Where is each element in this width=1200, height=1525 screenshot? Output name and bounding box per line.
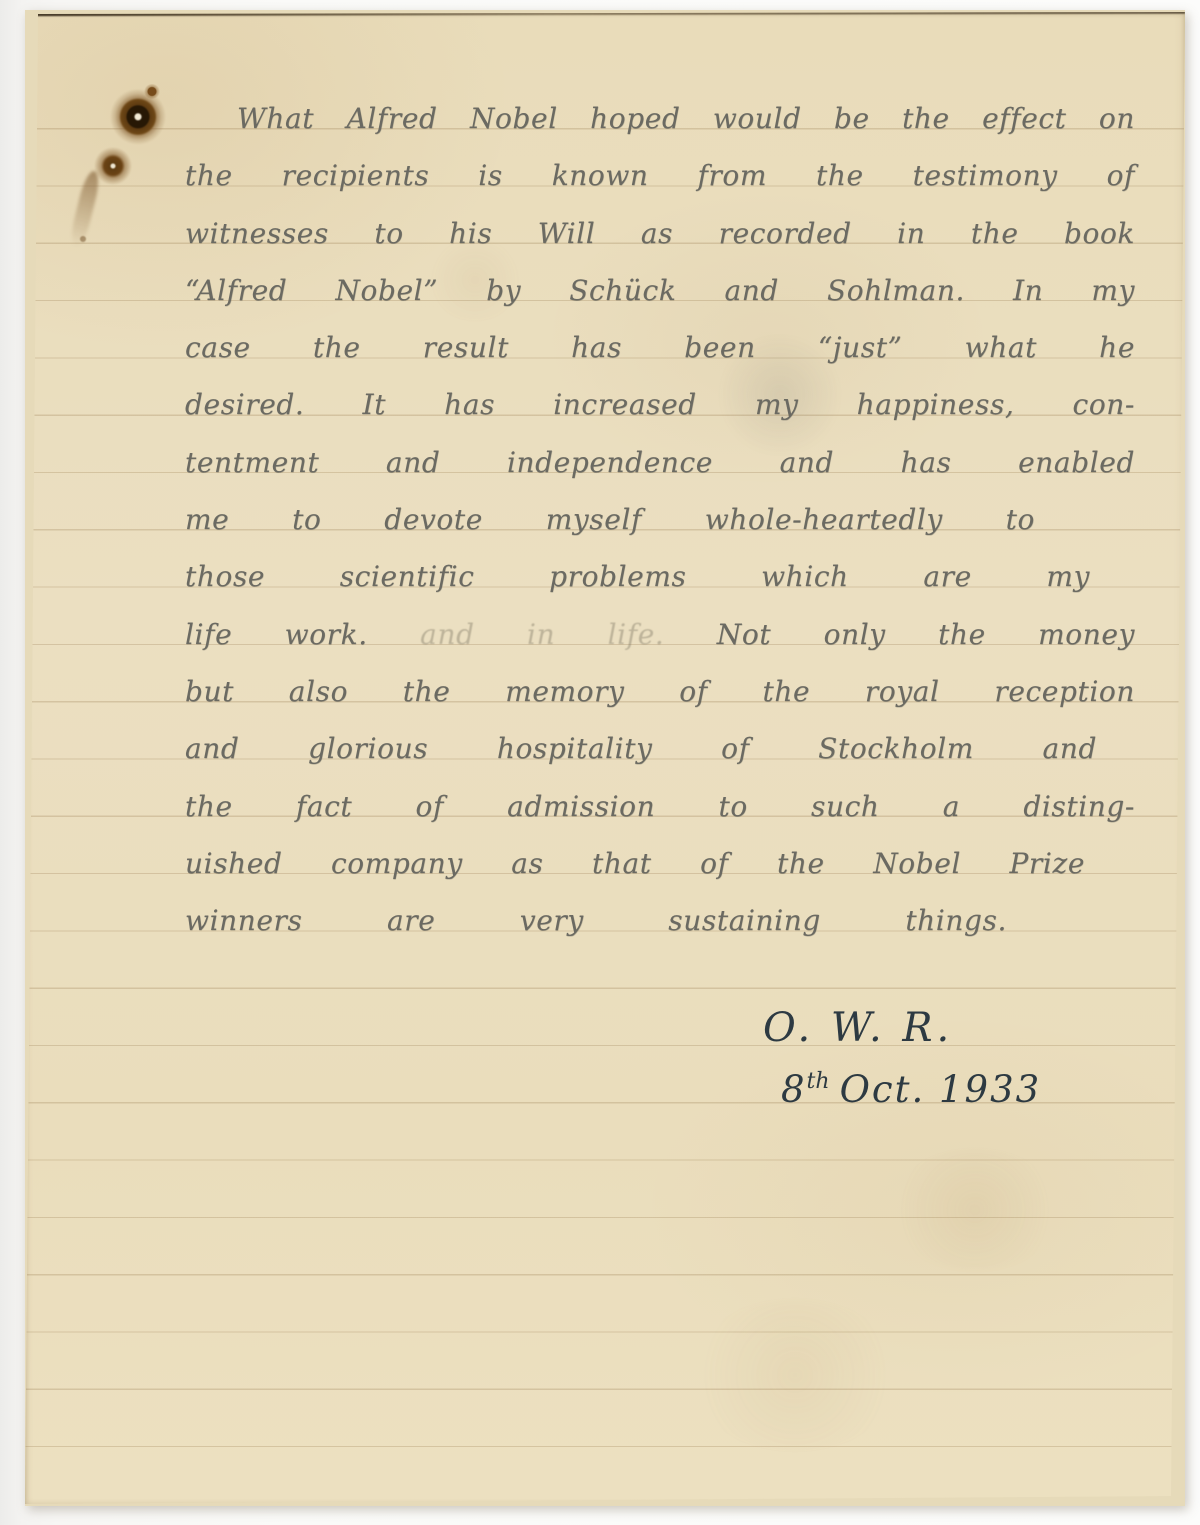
foxing-stain <box>885 1150 1065 1270</box>
handwritten-line: those scientific problems which are my <box>185 548 1135 605</box>
signature-date-ordinal: th <box>807 1069 830 1094</box>
signature-date-month-year: Oct. 1933 <box>840 1068 1042 1111</box>
letter-page: What Alfred Nobel hoped would be the eff… <box>25 10 1185 1506</box>
handwritten-line: the recipients is known from the testimo… <box>185 147 1135 204</box>
rust-stain-large <box>109 88 167 148</box>
rust-speck <box>80 236 86 242</box>
signature-date: 8thOct. 1933 <box>781 1068 1041 1111</box>
handwritten-line: winners are very sustaining things. <box>185 892 1135 949</box>
handwritten-line: desired. It has increased my happiness, … <box>185 376 1135 433</box>
signature-date-day: 8 <box>781 1068 807 1111</box>
rust-stain-dot <box>144 84 160 99</box>
handwritten-line: but also the memory of the royal recepti… <box>185 663 1135 720</box>
handwritten-line: the fact of admission to such a disting- <box>185 778 1135 835</box>
erased-text: and in life. <box>420 618 664 651</box>
handwritten-line: life work. and in life. Not only the mon… <box>185 606 1135 663</box>
handwritten-line: tentment and independence and has enable… <box>185 434 1135 491</box>
foxing-stain <box>685 1300 905 1450</box>
scanned-letter-screenshot: { "document": { "type_label": "Handwritt… <box>0 0 1200 1525</box>
signature-initials: O. W. R. <box>763 1005 953 1051</box>
line-text-after-erasure: Not only the money <box>717 618 1135 651</box>
handwritten-line: “Alfred Nobel” by Schück and Sohlman. In… <box>185 262 1135 319</box>
rust-stain-small <box>94 146 132 186</box>
handwritten-line: uished company as that of the Nobel Priz… <box>185 835 1135 892</box>
line-text-before-erasure: life work. <box>185 618 368 651</box>
handwritten-line: me to devote myself whole-heartedly to <box>185 491 1135 548</box>
handwritten-body: What Alfred Nobel hoped would be the eff… <box>185 90 1135 949</box>
handwritten-line: case the result has been “just” what he <box>185 319 1135 376</box>
handwritten-line: and glorious hospitality of Stockholm an… <box>185 720 1135 777</box>
handwritten-line: witnesses to his Will as recorded in the… <box>185 205 1135 262</box>
handwritten-line: What Alfred Nobel hoped would be the eff… <box>185 90 1135 147</box>
